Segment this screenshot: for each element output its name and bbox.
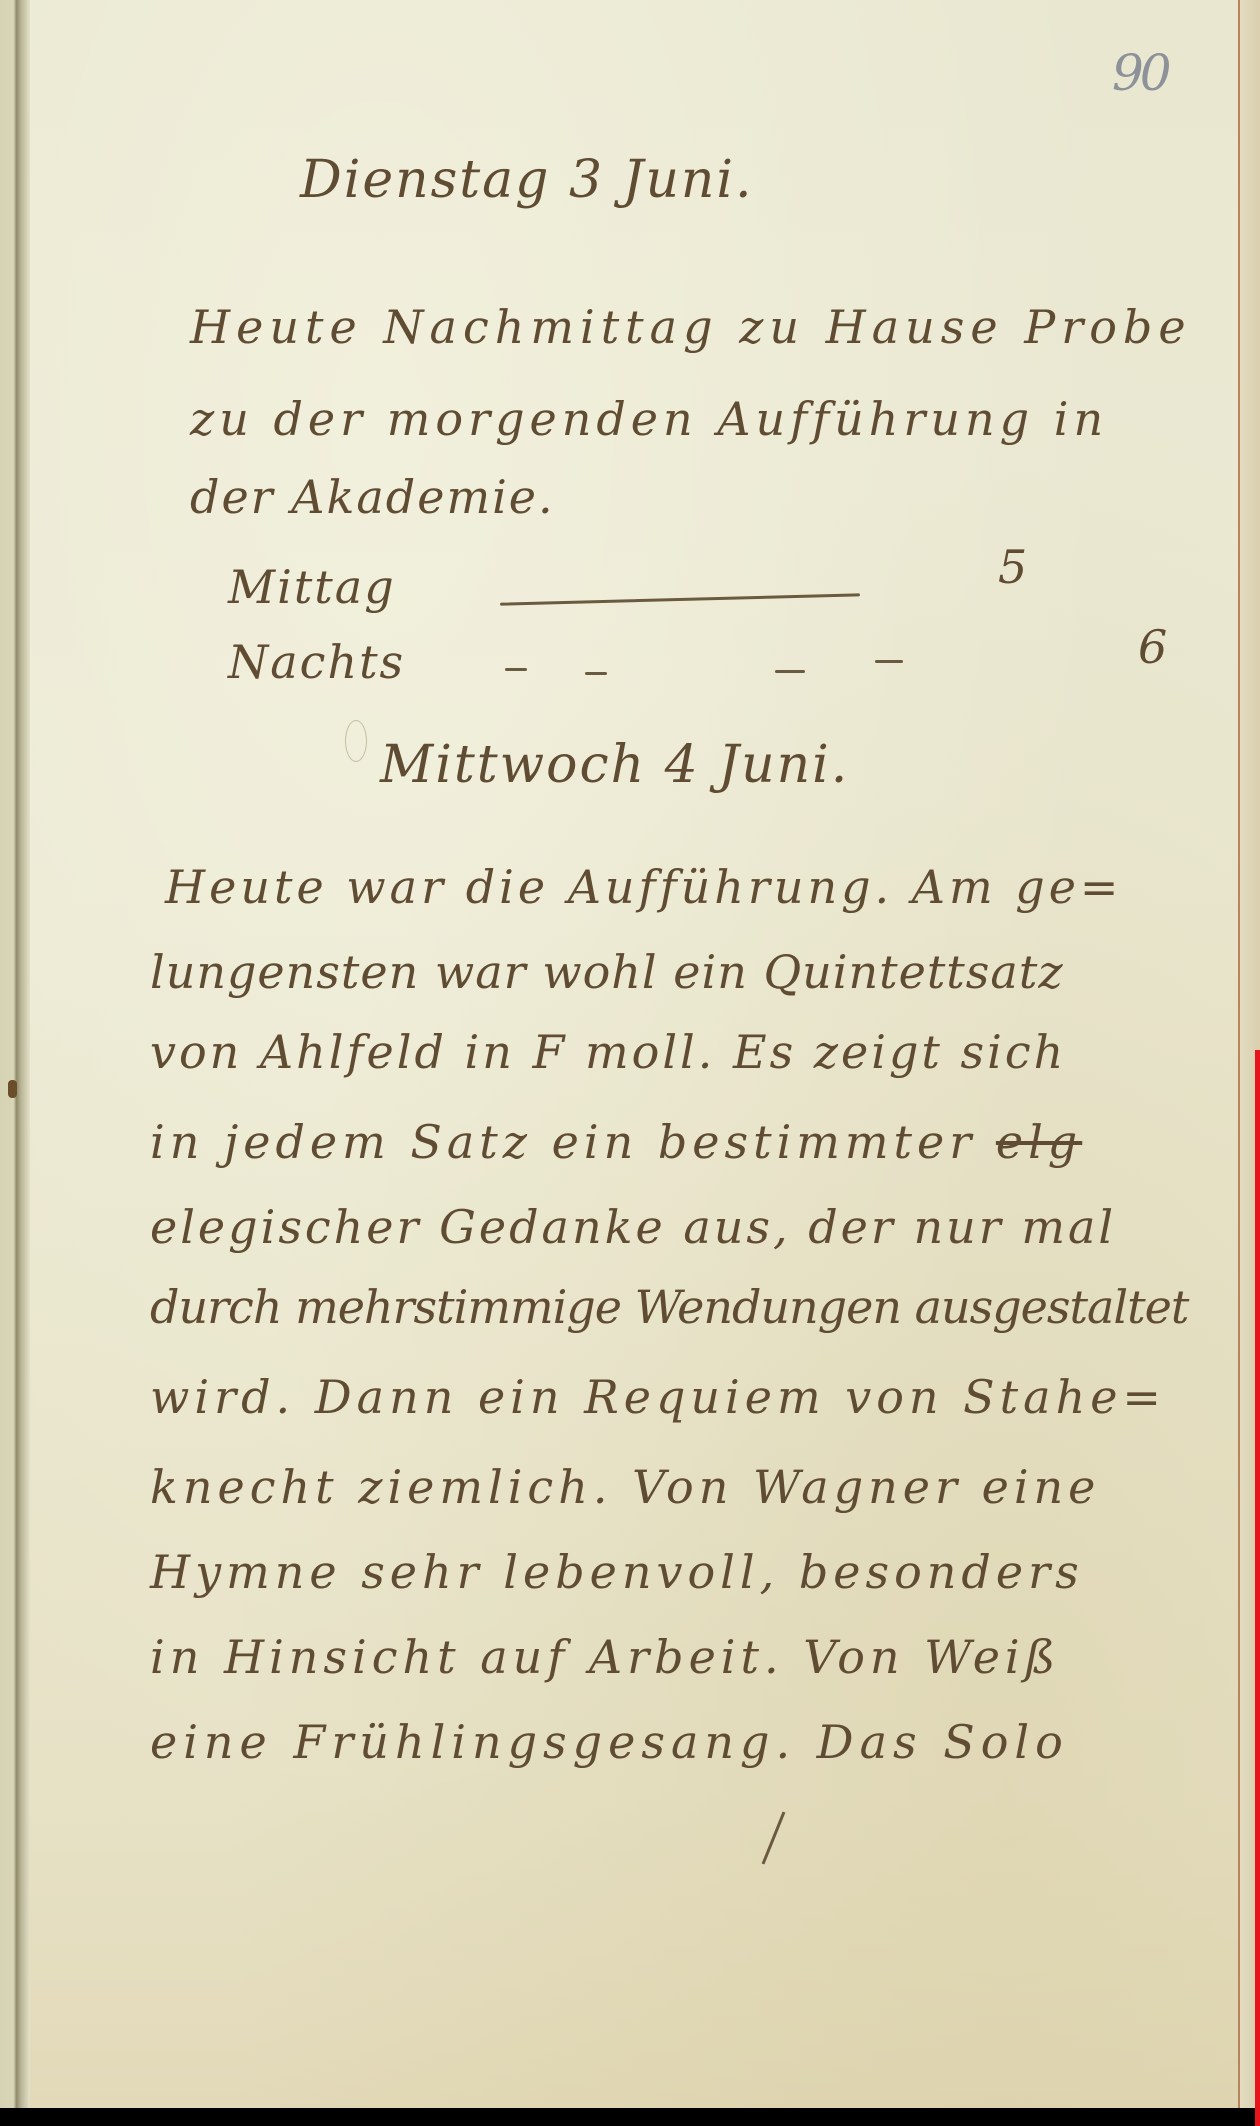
entry2-line-2: lungensten war wohl ein Quintettsatz bbox=[150, 945, 1064, 999]
tally-value-mittag: 5 bbox=[998, 540, 1029, 594]
entry2-line-8: knecht ziemlich. Von Wagner eine bbox=[150, 1460, 1100, 1514]
scan-red-edge bbox=[1255, 1050, 1260, 2126]
tally-dash bbox=[875, 660, 903, 663]
tally-value-nachts: 6 bbox=[1138, 620, 1169, 674]
entry2-line-4: in jedem Satz ein bestimmter elg bbox=[150, 1115, 1082, 1169]
entry1-line-1: Heute Nachmittag zu Hause Probe bbox=[190, 300, 1192, 354]
scan-border-bottom bbox=[0, 2108, 1255, 2126]
entry2-line-10: in Hinsicht auf Arbeit. Von Weiß bbox=[150, 1630, 1060, 1684]
entry2-line-1: Heute war die Aufführung. Am ge= bbox=[165, 860, 1122, 914]
faint-margin-mark bbox=[345, 720, 367, 762]
entry2-line-5: elegischer Gedanke aus, der nur mal bbox=[150, 1200, 1116, 1254]
tally-dash bbox=[505, 668, 527, 671]
tally-dash bbox=[775, 670, 805, 673]
page-edge-line bbox=[1238, 0, 1240, 2108]
tally-label-mittag: Mittag bbox=[228, 560, 396, 614]
binding-thread-mark bbox=[8, 1080, 17, 1098]
struck-word: elg bbox=[996, 1115, 1082, 1169]
trailing-pen-stroke bbox=[762, 1811, 786, 1864]
entry2-line-3: von Ahlfeld in F moll. Es zeigt sich bbox=[150, 1025, 1066, 1079]
entry-date-1: Dienstag 3 Juni. bbox=[300, 150, 754, 210]
entry1-line-2: zu der morgenden Aufführung in bbox=[190, 392, 1108, 446]
entry2-line-6: durch mehrstimmige Wendungen ausgestalte… bbox=[150, 1280, 1188, 1334]
manuscript-page: 90 Dienstag 3 Juni. Heute Nachmittag zu … bbox=[0, 0, 1260, 2108]
tally-label-nachts: Nachts bbox=[228, 635, 405, 689]
binding-gutter bbox=[0, 0, 30, 2108]
page-number: 90 bbox=[1112, 44, 1168, 102]
entry2-line-4-text: in jedem Satz ein bestimmter bbox=[150, 1115, 976, 1169]
entry2-line-7: wird. Dann ein Requiem von Stahe= bbox=[150, 1370, 1166, 1424]
tally-dash bbox=[585, 672, 607, 675]
entry2-line-9: Hymne sehr lebenvoll, besonders bbox=[150, 1545, 1084, 1599]
entry1-line-3: der Akademie. bbox=[190, 470, 555, 524]
tally-rule bbox=[500, 593, 860, 605]
entry-date-2: Mittwoch 4 Juni. bbox=[380, 735, 849, 795]
entry2-line-11: eine Frühlingsgesang. Das Solo bbox=[150, 1715, 1069, 1769]
